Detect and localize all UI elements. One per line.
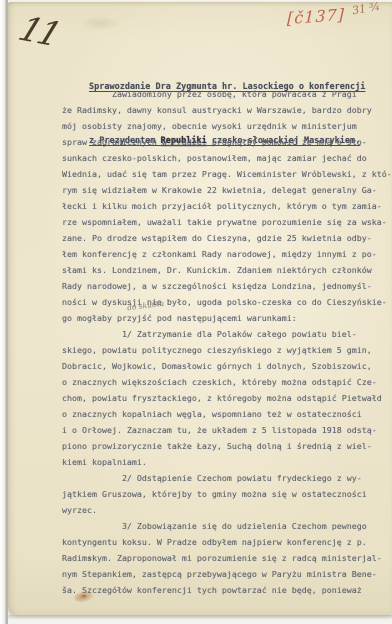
typewritten-line: piono prowizorycznie także Łazy, Suchą d… bbox=[62, 438, 392, 454]
typewritten-line: łem konferencję z członkami Rady narodow… bbox=[62, 246, 392, 262]
typewritten-line: Radimskym. Zaproponował mi porozumienie … bbox=[62, 550, 392, 566]
typewritten-line: rze wspomniałem, uważali takie prywatne … bbox=[62, 214, 392, 230]
typewritten-line: jątkiem Gruszowa, którejby to gminy możn… bbox=[62, 486, 392, 502]
typewritten-line: go mogłaby przyjść pod następującemi war… bbox=[62, 310, 392, 326]
typewritten-line: chom, powiatu frysztackiego, z któregoby… bbox=[62, 390, 392, 406]
paper-smudge bbox=[80, 16, 120, 30]
typewritten-line: nym Stepankiem, zastępcą przebywającego … bbox=[62, 566, 392, 582]
paper-bottom-shadow bbox=[8, 615, 392, 620]
typewritten-line: rym się widziałem w Krakowie 22 kwietnia… bbox=[62, 182, 392, 198]
typewritten-line: o znacznych większościach czeskich, któr… bbox=[62, 374, 392, 390]
typewritten-line: Rady narodowej, a w szczególności księdz… bbox=[62, 278, 392, 294]
typewritten-line: skiego, powiatu politycznego cieszyńskie… bbox=[62, 342, 392, 358]
typewritten-line: wyrzec. bbox=[62, 502, 392, 518]
typewritten-line: 1/ Zatrzymanie dla Polaków całego powiat… bbox=[62, 326, 392, 342]
typewritten-line: 2/ Odstąpienie Czechom powiatu frydeckie… bbox=[62, 470, 392, 486]
typewritten-line: kontyngentu koksu. W Pradze odbyłem najp… bbox=[62, 534, 392, 550]
typewritten-line: Wiednia, udać się tam przez Pragę. Wicem… bbox=[62, 166, 392, 182]
typewritten-line: Zawiadomiony przez osobę, która powracał… bbox=[62, 86, 392, 102]
typewritten-line: i o Orłowej. Zaznaczam tu, że układem z … bbox=[62, 422, 392, 438]
scanned-document-page: 11 [č137] 31 ¾ Sprawozdanie Dra Zygmunta… bbox=[0, 0, 392, 624]
document-body: Zawiadomiony przez osobę, która powracał… bbox=[62, 86, 392, 598]
typewritten-line: zane. Po drodze wstąpiłem do Cieszyna, g… bbox=[62, 230, 392, 246]
typewritten-line: ša. Szczegółów konferencji tych powtarza… bbox=[62, 582, 392, 598]
typewritten-line: mój osobisty znajomy, obecnie wysoki urz… bbox=[62, 118, 392, 134]
typewritten-line: spraw zagranicznych w Pradze, pragnąłby … bbox=[62, 134, 392, 150]
scan-left-edge bbox=[0, 0, 8, 624]
typewritten-line: słami ks. Londzinem, Dr. Kunickim. Zdani… bbox=[62, 262, 392, 278]
typewritten-line: ności w dyskusji nie było, ugoda polsko-… bbox=[62, 294, 392, 310]
typewritten-line: łecki i kilku moich przyjaciół polityczn… bbox=[62, 198, 392, 214]
typewritten-line: 3/ Zobowiązanie się do udzielenia Czecho… bbox=[62, 518, 392, 534]
typewritten-line: kiemi kopalniami. bbox=[62, 454, 392, 470]
typewritten-line: że Radimsky, dawny konsul austryacki w W… bbox=[62, 102, 392, 118]
paper-stain-core bbox=[81, 594, 87, 598]
typewritten-line: sunkach czesko-polskich, postanowiłem, m… bbox=[62, 150, 392, 166]
typewritten-line: o znacznych kopalniach węgla, wspomniano… bbox=[62, 406, 392, 422]
handwritten-pencil-mark: * bbox=[87, 556, 93, 567]
typewritten-line: Dobracic, Wojkowic, Domasłowic górnych i… bbox=[62, 358, 392, 374]
